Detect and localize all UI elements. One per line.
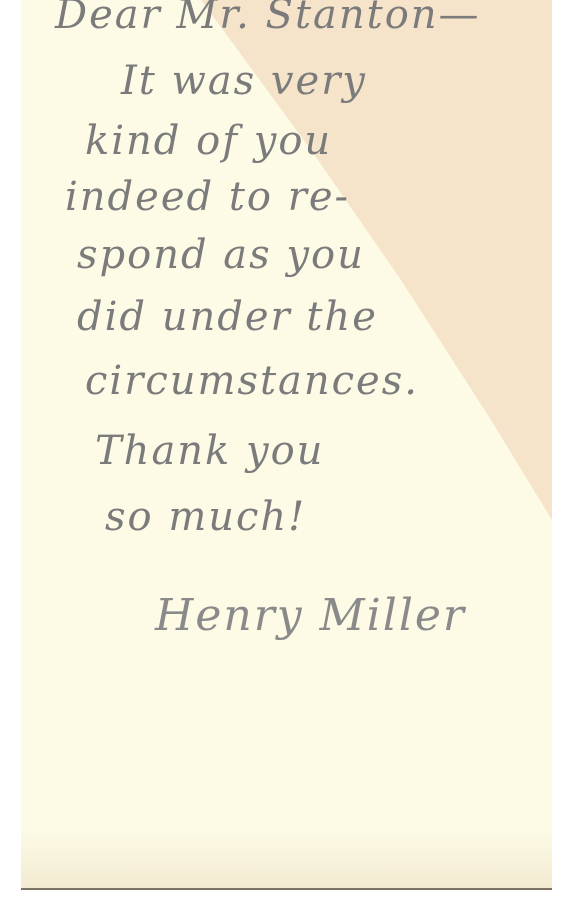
letter-paper: Dear Mr. Stanton— It was very kind of yo… <box>21 0 552 890</box>
paper-edge-tint <box>21 828 552 888</box>
body-line-3: indeed to re- <box>65 174 350 220</box>
body-line-4: spond as you <box>77 232 365 278</box>
body-line-1: It was very <box>121 58 367 104</box>
body-line-6: circumstances. <box>85 358 419 404</box>
salutation: Dear Mr. Stanton— <box>55 0 481 38</box>
body-line-2: kind of you <box>85 118 332 164</box>
body-line-8: so much! <box>105 494 306 540</box>
signature: Henry Miller <box>155 590 466 641</box>
body-line-5: did under the <box>77 294 378 340</box>
body-line-7: Thank you <box>95 428 324 474</box>
